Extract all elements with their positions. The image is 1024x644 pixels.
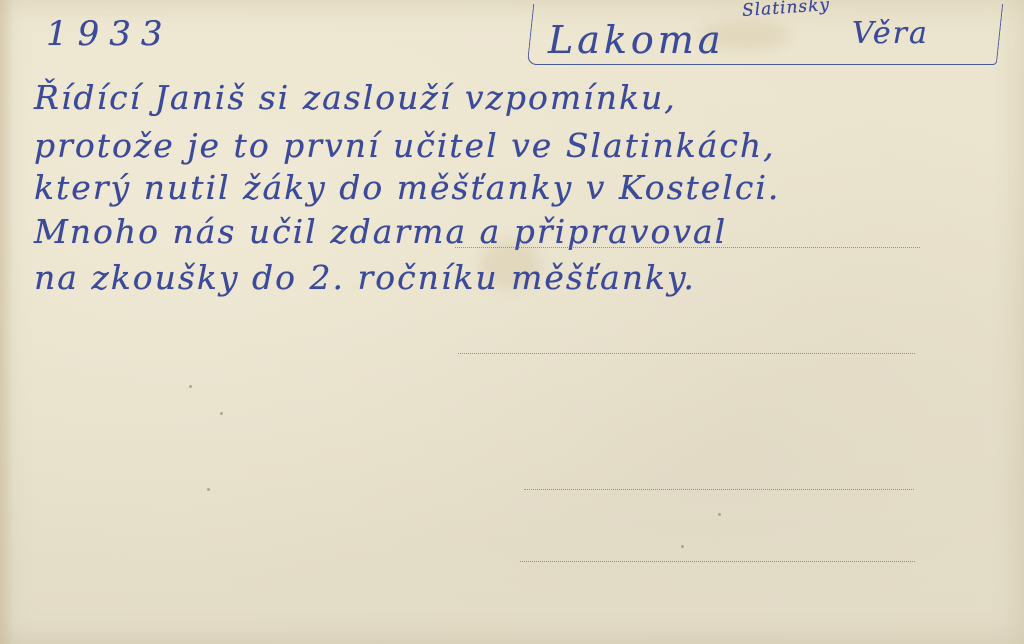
paper-speck [681,545,684,548]
paper-speck [207,488,210,491]
paper-speck [718,513,721,516]
postcard-back: 1933 Slatinský Lakoma Věra Řídící Janiš … [0,0,1024,644]
surname-text: Lakoma [548,18,724,62]
paper-edge-shadow [0,0,14,644]
address-dotted-line-3 [524,489,914,490]
first-name-text: Věra [852,16,929,51]
body-line-3: který nutil žáky do měšťanky v Kostelci. [34,168,780,207]
body-line-5: na zkoušky do 2. ročníku měšťanky. [34,258,696,297]
paper-speck [220,412,223,415]
body-line-4: Mnoho nás učil zdarma a připravoval [34,212,727,251]
year-text: 1933 [46,14,173,54]
address-dotted-line-2 [458,353,915,354]
paper-speck [189,385,192,388]
body-line-1: Řídící Janiš si zaslouží vzpomínku, [34,78,677,117]
body-line-2: protože je to první učitel ve Slatinkách… [34,126,776,165]
address-dotted-line-4 [520,561,915,562]
address-dotted-line-1 [455,247,920,248]
